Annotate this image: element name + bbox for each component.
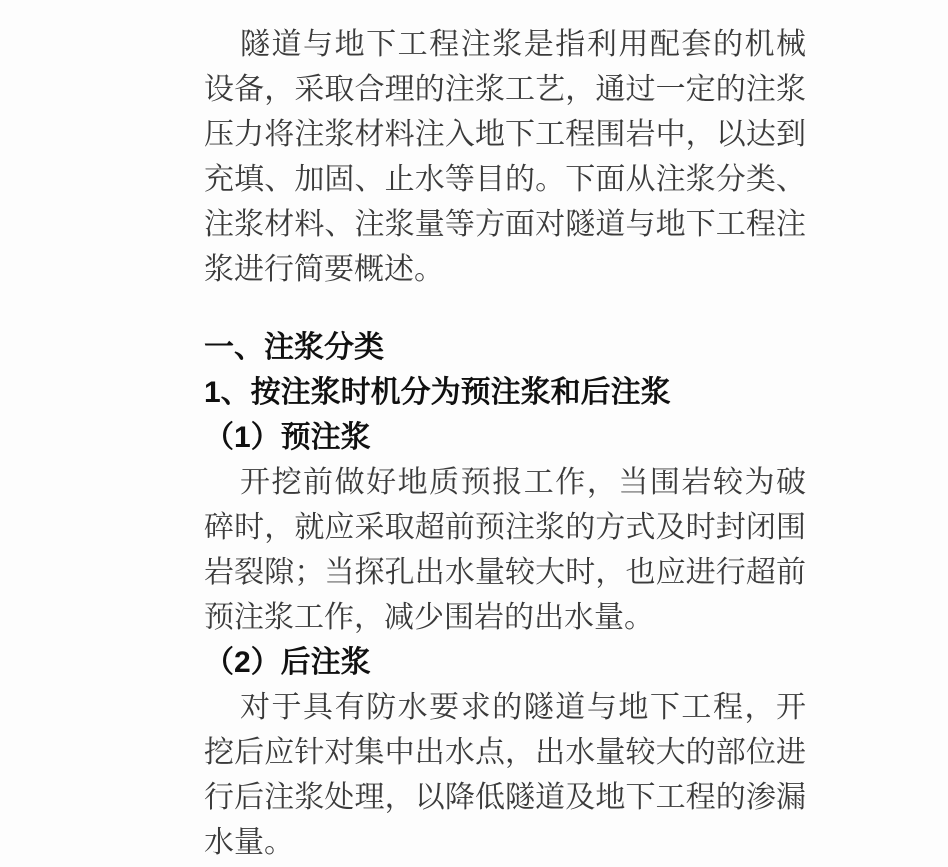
item-2-paragraph: 对于具有防水要求的隧道与地下工程，开挖后应针对集中出水点，出水量较大的部位进行后… — [204, 685, 806, 865]
section-heading: 一、注浆分类 — [204, 325, 806, 370]
item-1-paragraph: 开挖前做好地质预报工作，当围岩较为破碎时，就应采取超前预注浆的方式及时封闭围岩裂… — [204, 460, 806, 640]
item-1-heading: （1）预注浆 — [204, 415, 806, 460]
item-2-heading: （2）后注浆 — [204, 640, 806, 685]
article-content: 隧道与地下工程注浆是指利用配套的机械设备，采取合理的注浆工艺，通过一定的注浆压力… — [204, 22, 806, 865]
subsection-heading: 1、按注浆时机分为预注浆和后注浆 — [204, 370, 806, 415]
article-page: 隧道与地下工程注浆是指利用配套的机械设备，采取合理的注浆工艺，通过一定的注浆压力… — [0, 0, 948, 867]
intro-paragraph: 隧道与地下工程注浆是指利用配套的机械设备，采取合理的注浆工艺，通过一定的注浆压力… — [204, 22, 806, 292]
